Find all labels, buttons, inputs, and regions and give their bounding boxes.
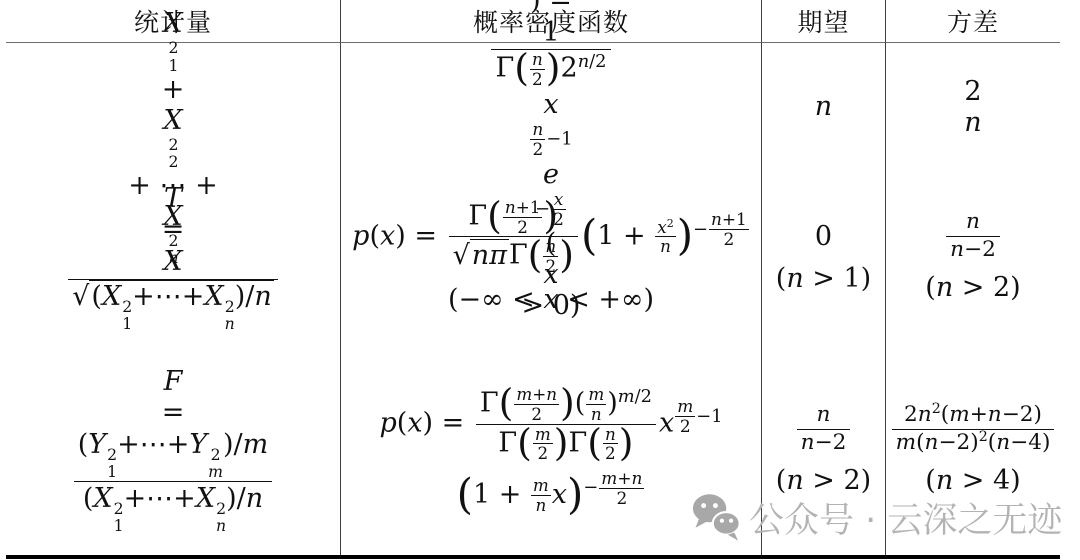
cell-t-expectation: 0(n > 1)	[762, 170, 886, 345]
cell-t-pdf: p(x) = Γ(n+12)nπΓ(n2)(1 + x2n)−n+12(−∞ <…	[341, 170, 762, 345]
distribution-table-page: 统计量 概率密度函数 期望 方差 χ2 = X21 + X22 + ⋯ + X2…	[0, 0, 1080, 560]
cell-f-pdf: p(x) = Γ(m+n2)(mn)m/2Γ(m2)Γ(n2)xm2−1(1 +…	[341, 345, 762, 555]
distribution-table: 统计量 概率密度函数 期望 方差 χ2 = X21 + X22 + ⋯ + X2…	[6, 0, 1060, 559]
cell-t-variance: nn−2(n > 2)	[886, 170, 1060, 345]
cell-f-statistic: F = (Y21+⋯+Y2m)/m(X21+⋯+X2n)/n	[6, 345, 341, 555]
cell-chi-square-expectation: n	[762, 43, 886, 170]
cell-f-expectation: nn−2(n > 2)	[762, 345, 886, 555]
cell-t-statistic: T = X(X21+⋯+X2n)/n	[6, 170, 341, 345]
header-variance: 方差	[886, 0, 1060, 43]
cell-chi-square-variance: 2n	[886, 43, 1060, 170]
cell-f-variance: 2n2(m+n−2)m(n−2)2(n−4)(n > 4)	[886, 345, 1060, 555]
cell-chi-square-pdf: p(x) = 1Γ(n2)2n/2xn2−1e−x2 (x > 0)	[341, 43, 762, 170]
cell-chi-square-statistic: χ2 = X21 + X22 + ⋯ + X2n	[6, 43, 341, 170]
header-expectation: 期望	[762, 0, 886, 43]
